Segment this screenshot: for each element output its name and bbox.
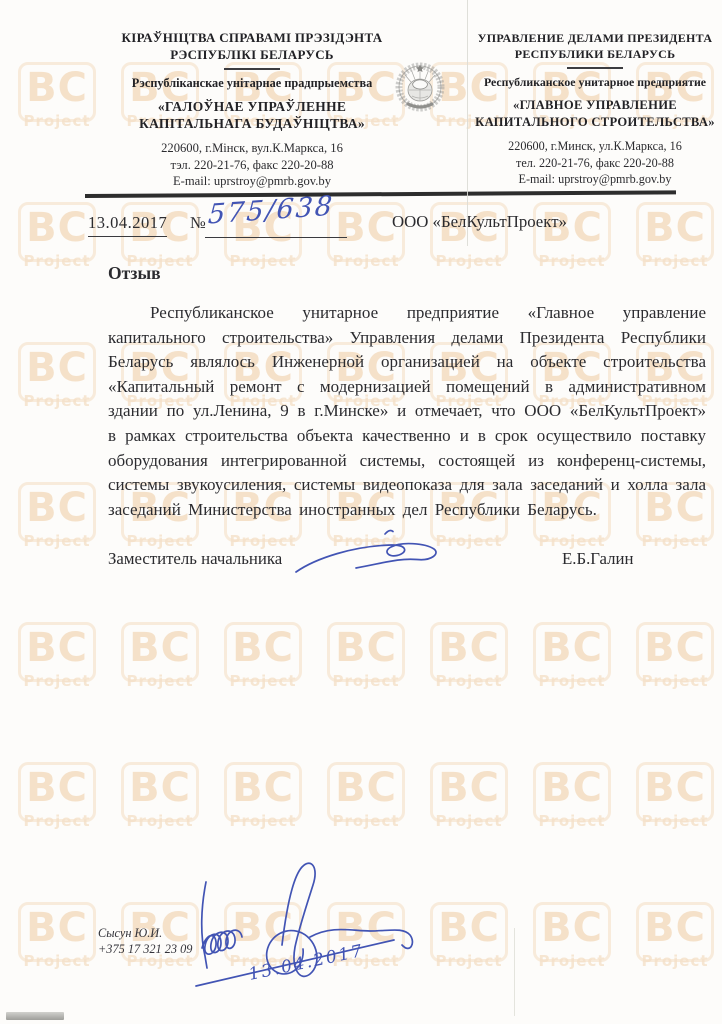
watermark-tile: BCProject xyxy=(18,762,96,822)
watermark-project-text: Project xyxy=(21,252,93,270)
reference-number-underline xyxy=(205,237,347,238)
watermark-project-text: Project xyxy=(124,532,196,550)
watermark-bc-text: BC xyxy=(433,765,505,811)
scan-fold-line xyxy=(514,928,515,1016)
watermark-project-text: Project xyxy=(21,112,93,130)
watermark-project-text: Project xyxy=(330,252,402,270)
watermark-project-text: Project xyxy=(536,952,608,970)
executor-phone: +375 17 321 23 09 xyxy=(98,942,192,958)
watermark-project-text: Project xyxy=(21,672,93,690)
watermark-project-text: Project xyxy=(227,252,299,270)
addressee: ООО «БелКультПроект» xyxy=(392,212,567,232)
state-emblem-icon xyxy=(394,60,446,112)
watermark-bc-text: BC xyxy=(124,765,196,811)
watermark-project-text: Project xyxy=(536,812,608,830)
org-contacts: 220600, г.Минск, ул.К.Маркса, 16 тел. 22… xyxy=(472,138,718,188)
org-address: 220600, г.Минск, ул.К.Маркса, 16 xyxy=(472,138,718,155)
watermark-bc-text: BC xyxy=(21,205,93,251)
watermark-bc-text: BC xyxy=(433,625,505,671)
watermark-tile: BCProject xyxy=(18,482,96,542)
watermark-bc-text: BC xyxy=(330,765,402,811)
org-name-line: КАПІТАЛЬНАГА БУДАЎНІЦТВА» xyxy=(84,115,420,132)
watermark-project-text: Project xyxy=(433,672,505,690)
watermark-tile: BCProject xyxy=(636,202,714,262)
watermark-bc-text: BC xyxy=(21,485,93,531)
watermark-tile: BCProject xyxy=(121,622,199,682)
authority-name-line: УПРАВЛЕНИЕ ДЕЛАМИ ПРЕЗИДЕНТА xyxy=(472,30,718,46)
watermark-project-text: Project xyxy=(639,252,711,270)
watermark-project-text: Project xyxy=(21,952,93,970)
watermark-bc-text: BC xyxy=(639,625,711,671)
watermark-bc-text: BC xyxy=(536,765,608,811)
watermark-tile: BCProject xyxy=(224,762,302,822)
watermark-bc-text: BC xyxy=(330,625,402,671)
watermark-bc-text: BC xyxy=(124,625,196,671)
letterhead-right: УПРАВЛЕНИЕ ДЕЛАМИ ПРЕЗИДЕНТА РЕСПУБЛИКИ … xyxy=(472,30,718,188)
handwritten-date: 13.04.2017 xyxy=(247,941,366,985)
watermark-tile: BCProject xyxy=(533,622,611,682)
org-contacts: 220600, г.Мінск, вул.К.Маркса, 16 тэл. 2… xyxy=(84,140,420,190)
watermark-tile: BCProject xyxy=(121,762,199,822)
executor-name: Сысун Ю.И. xyxy=(98,926,192,942)
org-phone-fax: тэл. 220-21-76, факс 220-20-88 xyxy=(84,157,420,174)
watermark-tile: BCProject xyxy=(18,342,96,402)
watermark-project-text: Project xyxy=(536,532,608,550)
watermark-bc-text: BC xyxy=(21,345,93,391)
authority-name-line: РЕСПУБЛИКИ БЕЛАРУСЬ xyxy=(472,46,718,62)
watermark-tile: BCProject xyxy=(430,202,508,262)
watermark-project-text: Project xyxy=(124,672,196,690)
watermark-tile: BCProject xyxy=(533,902,611,962)
org-email: E-mail: uprstroy@pmrb.gov.by xyxy=(84,173,420,190)
watermark-tile: BCProject xyxy=(533,202,611,262)
watermark-bc-text: BC xyxy=(639,765,711,811)
watermark-tile: BCProject xyxy=(224,622,302,682)
watermark-bc-text: BC xyxy=(227,625,299,671)
watermark-project-text: Project xyxy=(536,252,608,270)
watermark-bc-text: BC xyxy=(227,765,299,811)
watermark-tile: BCProject xyxy=(430,762,508,822)
executor-signature-ink: 13.04.2017 xyxy=(182,852,447,1007)
org-address: 220600, г.Мінск, вул.К.Маркса, 16 xyxy=(84,140,420,157)
watermark-tile: BCProject xyxy=(18,902,96,962)
galin-signature-ink xyxy=(288,527,463,585)
watermark-project-text: Project xyxy=(639,532,711,550)
letterhead-left: КІРАЎНІЦТВА СПРАВАМІ ПРЭЗІДЭНТА РЭСПУБЛІ… xyxy=(84,30,420,190)
executor-block: Сысун Ю.И. +375 17 321 23 09 xyxy=(98,926,192,957)
letterhead-divider xyxy=(224,68,280,70)
watermark-project-text: Project xyxy=(330,812,402,830)
letterhead-divider xyxy=(567,67,623,69)
authority-name-line: РЭСПУБЛІКІ БЕЛАРУСЬ xyxy=(84,47,420,64)
document-title: Отзыв xyxy=(108,263,161,284)
watermark-project-text: Project xyxy=(433,812,505,830)
signer-name: Е.Б.Галин xyxy=(562,549,634,569)
org-name-line: «ГАЛОЎНАЕ УПРАЎЛЕННЕ xyxy=(84,98,420,115)
watermark-bc-text: BC xyxy=(21,905,93,951)
watermark-project-text: Project xyxy=(21,812,93,830)
watermark-tile: BCProject xyxy=(327,202,405,262)
org-type-line: Республиканское унитарное предприятие xyxy=(472,75,718,90)
watermark-bc-text: BC xyxy=(536,905,608,951)
scan-edge-artifact xyxy=(6,1012,64,1020)
watermark-project-text: Project xyxy=(21,532,93,550)
watermark-tile: BCProject xyxy=(430,622,508,682)
org-email: E-mail: uprstroy@pmrb.gov.by xyxy=(472,171,718,188)
watermark-project-text: Project xyxy=(433,252,505,270)
watermark-tile: BCProject xyxy=(327,622,405,682)
watermark-bc-text: BC xyxy=(536,625,608,671)
watermark-bc-text: BC xyxy=(21,625,93,671)
watermark-tile: BCProject xyxy=(18,622,96,682)
org-type-line: Рэспубліканскае унітарнае прадпрыемства xyxy=(84,76,420,91)
document-paragraph: Республиканское унитарное предприятие «Г… xyxy=(108,301,706,522)
watermark-tile: BCProject xyxy=(636,902,714,962)
reference-number-label: № xyxy=(190,213,206,233)
org-phone-fax: тел. 220-21-76, факс 220-20-88 xyxy=(472,155,718,172)
watermark-project-text: Project xyxy=(639,952,711,970)
watermark-tile: BCProject xyxy=(636,762,714,822)
watermark-bc-text: BC xyxy=(21,65,93,111)
watermark-project-text: Project xyxy=(227,812,299,830)
org-name-line: КАПИТАЛЬНОГО СТРОИТЕЛЬСТВА» xyxy=(472,114,718,131)
watermark-project-text: Project xyxy=(330,672,402,690)
watermark-project-text: Project xyxy=(21,392,93,410)
watermark-tile: BCProject xyxy=(533,762,611,822)
authority-name-line: КІРАЎНІЦТВА СПРАВАМІ ПРЭЗІДЭНТА xyxy=(84,30,420,47)
watermark-tile: BCProject xyxy=(327,762,405,822)
watermark-bc-text: BC xyxy=(639,205,711,251)
scanned-letter-page: BCProjectBCProjectBCProjectBCProjectBCPr… xyxy=(0,0,722,1024)
watermark-project-text: Project xyxy=(227,672,299,690)
watermark-project-text: Project xyxy=(639,672,711,690)
reference-date: 13.04.2017 xyxy=(88,213,167,237)
watermark-project-text: Project xyxy=(639,812,711,830)
org-name-line: «ГЛАВНОЕ УПРАВЛЕНИЕ xyxy=(472,97,718,114)
watermark-project-text: Project xyxy=(124,812,196,830)
scan-fold-line xyxy=(467,0,468,246)
watermark-bc-text: BC xyxy=(639,905,711,951)
watermark-tile: BCProject xyxy=(18,202,96,262)
watermark-tile: BCProject xyxy=(636,622,714,682)
signer-position: Заместитель начальника xyxy=(108,549,282,569)
watermark-bc-text: BC xyxy=(21,765,93,811)
watermark-project-text: Project xyxy=(536,672,608,690)
